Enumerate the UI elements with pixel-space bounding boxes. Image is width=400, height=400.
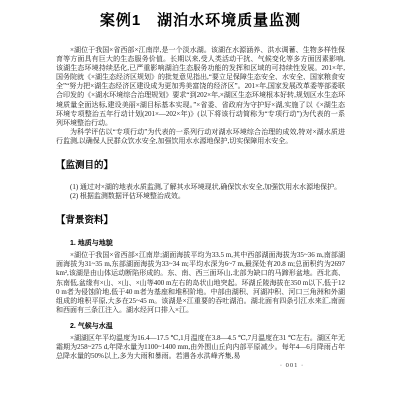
- purpose-item-2: (2) 根据监测数据评估环境整治成效。: [56, 192, 345, 201]
- book-page-background: { "page": { "title": "案例1 湖泊水环境质量监测", "p…: [0, 0, 400, 400]
- intro-section: ×湖位于我国×省西部×江南岸,是一个淡水湖。该湖在水源涵养、洪水调蓄、生物多样性…: [56, 46, 345, 146]
- document-page: 案例1 湖泊水环境质量监测 ×湖位于我国×省西部×江南岸,是一个淡水湖。该湖在水…: [0, 0, 400, 400]
- page-title: 案例1 湖泊水环境质量监测: [56, 9, 345, 30]
- section-heading-background: 【背景资料】: [56, 212, 345, 226]
- background-section: 1. 地质与地貌 ×湖位于我国×省西部×江南岸;湖面海拔平均为33.5 m,其中…: [56, 238, 345, 361]
- subsection-heading-climate: 2. 气候与水温: [56, 321, 345, 331]
- intro-paragraph-1: ×湖位于我国×省西部×江南岸,是一个淡水湖。该湖在水源涵养、洪水调蓄、生物多样性…: [56, 46, 345, 128]
- purpose-item-1: (1) 通过对×湖的地表水质监测,了解其水环境现状,确保饮水安全,加强饮用水水源…: [56, 183, 345, 192]
- monitoring-purpose-list: (1) 通过对×湖的地表水质监测,了解其水环境现状,确保饮水安全,加强饮用水水源…: [56, 183, 345, 201]
- subsection-heading-geology: 1. 地质与地貌: [56, 238, 345, 248]
- intro-paragraph-2: 为科学评估以“专项行动”为代表的一系列行动对湖水环境综合治理的成效,特对×湖水质…: [56, 128, 345, 146]
- page-number: · 001 ·: [262, 362, 322, 369]
- geology-paragraph: ×湖位于我国×省西部×江南岸;湖面海拔平均为33.5 m,其中西部湖面海拔为35…: [56, 251, 345, 315]
- section-heading-monitoring-purpose: 【监测目的】: [56, 157, 345, 171]
- climate-paragraph: ×湖湖区年平均温度为16.4—17.5 ℃,1月温度在3.8—4.5 ℃,7月温…: [56, 334, 345, 361]
